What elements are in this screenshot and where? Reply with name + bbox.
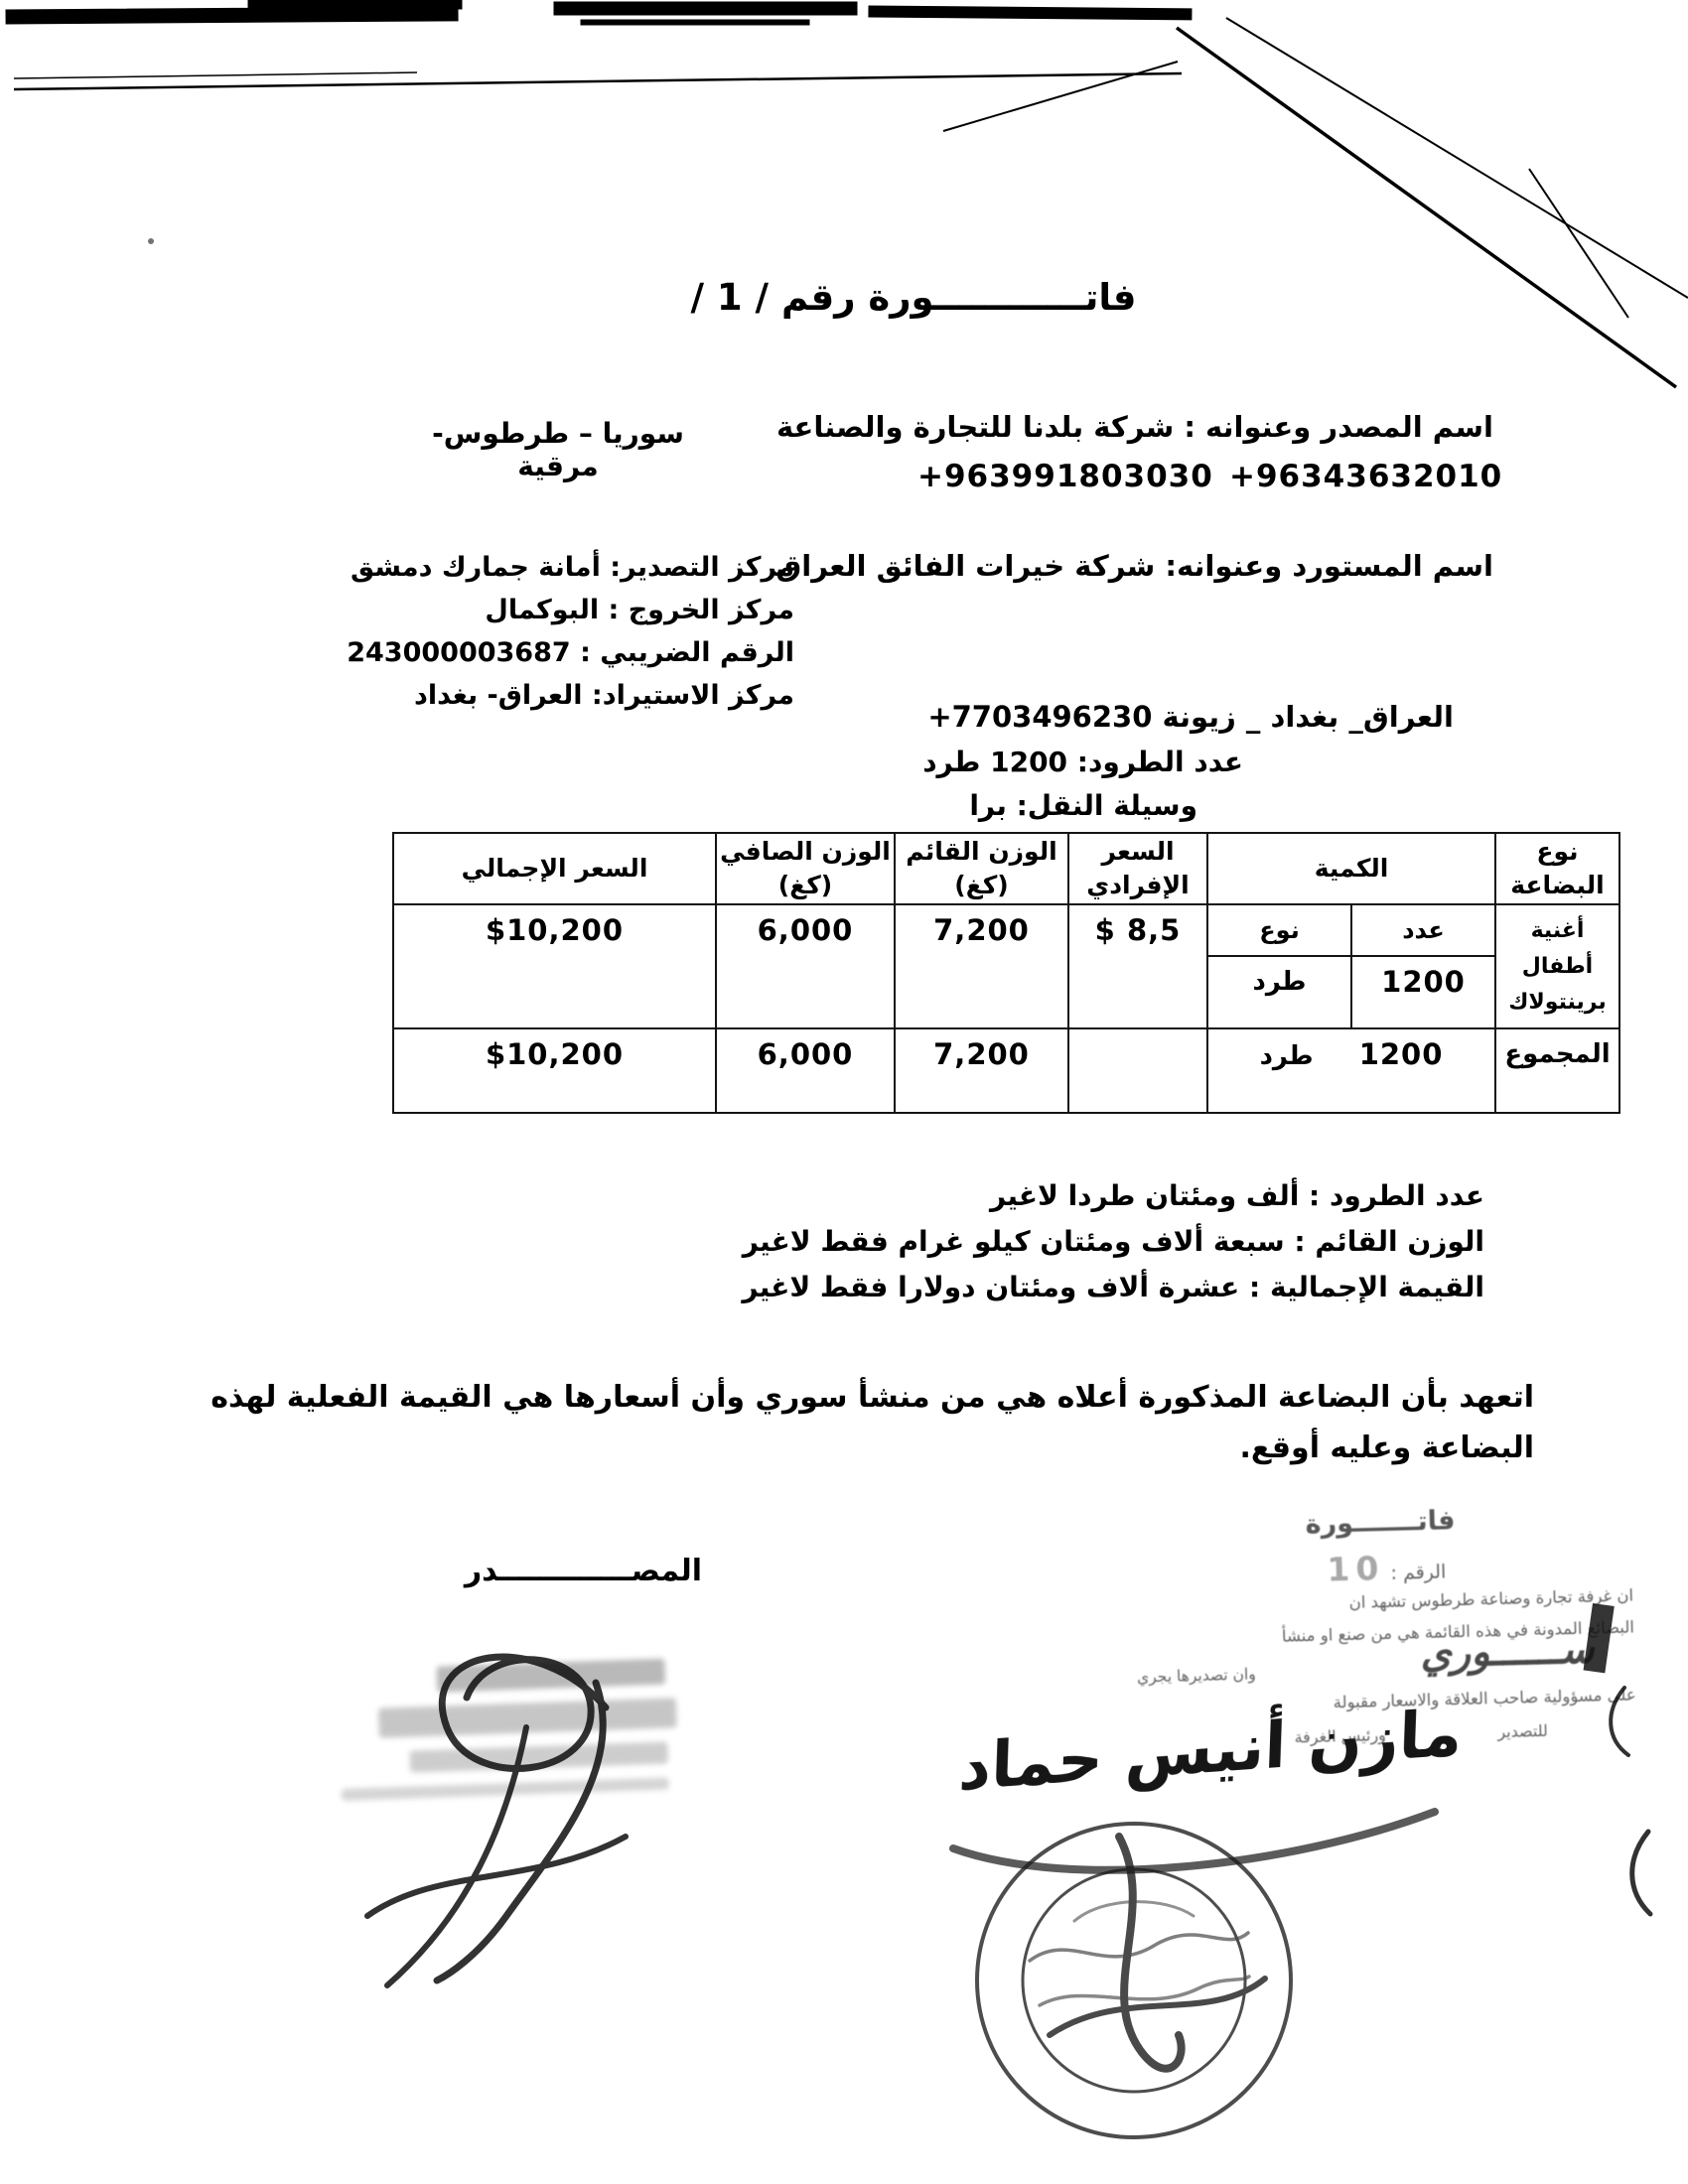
importer-address-line: العراق_ بغداد _ زيونة +7703496230: [927, 700, 1454, 734]
transport-means-line: وسيلة النقل: برا: [969, 789, 1197, 822]
tax-number-value: 243000003687: [347, 631, 570, 674]
stamp-number-value: 10: [1327, 1549, 1385, 1589]
invoice-title: فاتــــــــــــورة رقم / 1 /: [616, 276, 1211, 319]
import-center-line: مركز الاستيراد: العراق- بغداد: [347, 674, 794, 717]
importer-phone: +7703496230: [927, 700, 1152, 734]
unit-price-value: $ 8,5: [1095, 913, 1182, 947]
stamp-title: فاتـــــــورة: [1246, 1504, 1515, 1542]
col-header-unit-price: السعر الإفرادي: [1068, 833, 1207, 904]
pledge-line-1: اتعهد بأن البضاعة المذكورة أعلاه هي من م…: [211, 1380, 1534, 1415]
cell-total-label: المجموع: [1495, 1028, 1619, 1113]
exporter-name-line: اسم المصدر وعنوانه : شركة بلدنا للتجارة …: [776, 410, 1493, 444]
cell-net-weight: 6,000: [716, 904, 895, 1028]
cell-total-price-sum: $10,200: [393, 1028, 716, 1113]
stamp-line-3: وان تصديرها يجري: [1137, 1663, 1331, 1686]
exporter-phone-1: +96343632010: [1229, 459, 1495, 494]
net-weight-value: 6,000: [758, 913, 854, 947]
tax-number-label: الرقم الضريبي :: [580, 637, 794, 668]
col-header-goods-type: نوع البضاعة: [1495, 833, 1619, 904]
stamp-footer-right: للتصدير: [1477, 1720, 1567, 1741]
total-net-value: 6,000: [758, 1037, 854, 1071]
cell-total-net: 6,000: [716, 1028, 895, 1113]
stamp-number-label: الرقم :: [1390, 1561, 1446, 1583]
col-header-total-price: السعر الإجمالي: [393, 833, 716, 904]
cell-qty-type: طرد: [1207, 956, 1351, 1028]
cell-total-unit-price-empty: [1068, 1028, 1207, 1113]
cell-gross-weight: 7,200: [895, 904, 1068, 1028]
exporter-signature-label: المصـــــــــــــدر: [469, 1554, 702, 1588]
col-header-quantity: الكمية: [1207, 833, 1495, 904]
stamp-number-line: الرقم : 10: [1277, 1546, 1496, 1590]
total-qty-count: 1200: [1359, 1037, 1444, 1071]
importer-address-text: العراق_ بغداد _ زيونة: [1163, 700, 1454, 734]
faint-logo-stamp: [317, 1649, 708, 1826]
cell-total-price: $10,200: [393, 904, 716, 1028]
total-value-in-words: القيمة الإجمالية : عشرة ألاف ومئتان دولا…: [742, 1271, 1484, 1303]
total-gross-value: 7,200: [933, 1037, 1030, 1071]
packages-count-line: عدد الطرود: 1200 طرد: [922, 746, 1243, 778]
pledge-line-2: البضاعة وعليه أوقع.: [1240, 1431, 1534, 1465]
gross-weight-in-words: الوزن القائم : سبعة ألاف ومئتان كيلو غرا…: [743, 1225, 1484, 1258]
cell-total-gross: 7,200: [895, 1028, 1068, 1113]
cell-goods-description: أغنية أطفال برينتولاك: [1495, 904, 1619, 1028]
cell-total-quantity: 1200 طرد: [1207, 1028, 1495, 1113]
col-header-gross-weight: الوزن القائم (كغ): [895, 833, 1068, 904]
goods-table: نوع البضاعة الكمية السعر الإفرادي الوزن …: [392, 832, 1620, 1114]
col-header-net-weight: الوزن الصافي (كغ): [716, 833, 895, 904]
round-chamber-seal: ★ CHAMBER OF COMMERCE AND INDUSTRY ★ TAR…: [955, 1802, 1313, 2159]
stamp-line-1: ان غرفة تجارة وصناعة طرطوس تشهد ان: [1348, 1585, 1633, 1611]
qty-count-value: 1200: [1381, 965, 1466, 999]
total-price-sum-value: $10,200: [486, 1037, 624, 1071]
total-qty-type: طرد: [1260, 1041, 1314, 1071]
customs-info-block: مركز التصدير: أمانة جمارك دمشق مركز الخر…: [347, 546, 794, 717]
cell-qty-count: 1200: [1351, 956, 1495, 1028]
packages-in-words: عدد الطرود : ألف ومئتان طردا لاغير: [990, 1179, 1484, 1212]
scanner-artifact-streaks: [0, 0, 1688, 447]
subheader-count: عدد: [1351, 904, 1495, 956]
exit-center-line: مركز الخروج : البوكمال: [347, 589, 794, 631]
seal-inner-scribbles: [1030, 1837, 1265, 2069]
scanned-invoice-page: فاتــــــــــــورة رقم / 1 / اسم المصدر …: [0, 0, 1688, 2184]
exporter-phone-2: +963991803030: [917, 459, 1184, 494]
exporter-origin: سوريا – طرطوس- مرقية: [409, 417, 707, 482]
total-price-value: $10,200: [486, 913, 624, 947]
subheader-type: نوع: [1207, 904, 1351, 956]
stamp-handwritten-word: ســــــوري: [1336, 1627, 1595, 1680]
tax-number-line: الرقم الضريبي : 243000003687: [347, 631, 794, 674]
gross-weight-value: 7,200: [933, 913, 1030, 947]
importer-name-line: اسم المستورد وعنوانه: شركة خيرات الفائق …: [775, 549, 1493, 583]
cell-unit-price: $ 8,5: [1068, 904, 1207, 1028]
export-center-line: مركز التصدير: أمانة جمارك دمشق: [347, 546, 794, 589]
